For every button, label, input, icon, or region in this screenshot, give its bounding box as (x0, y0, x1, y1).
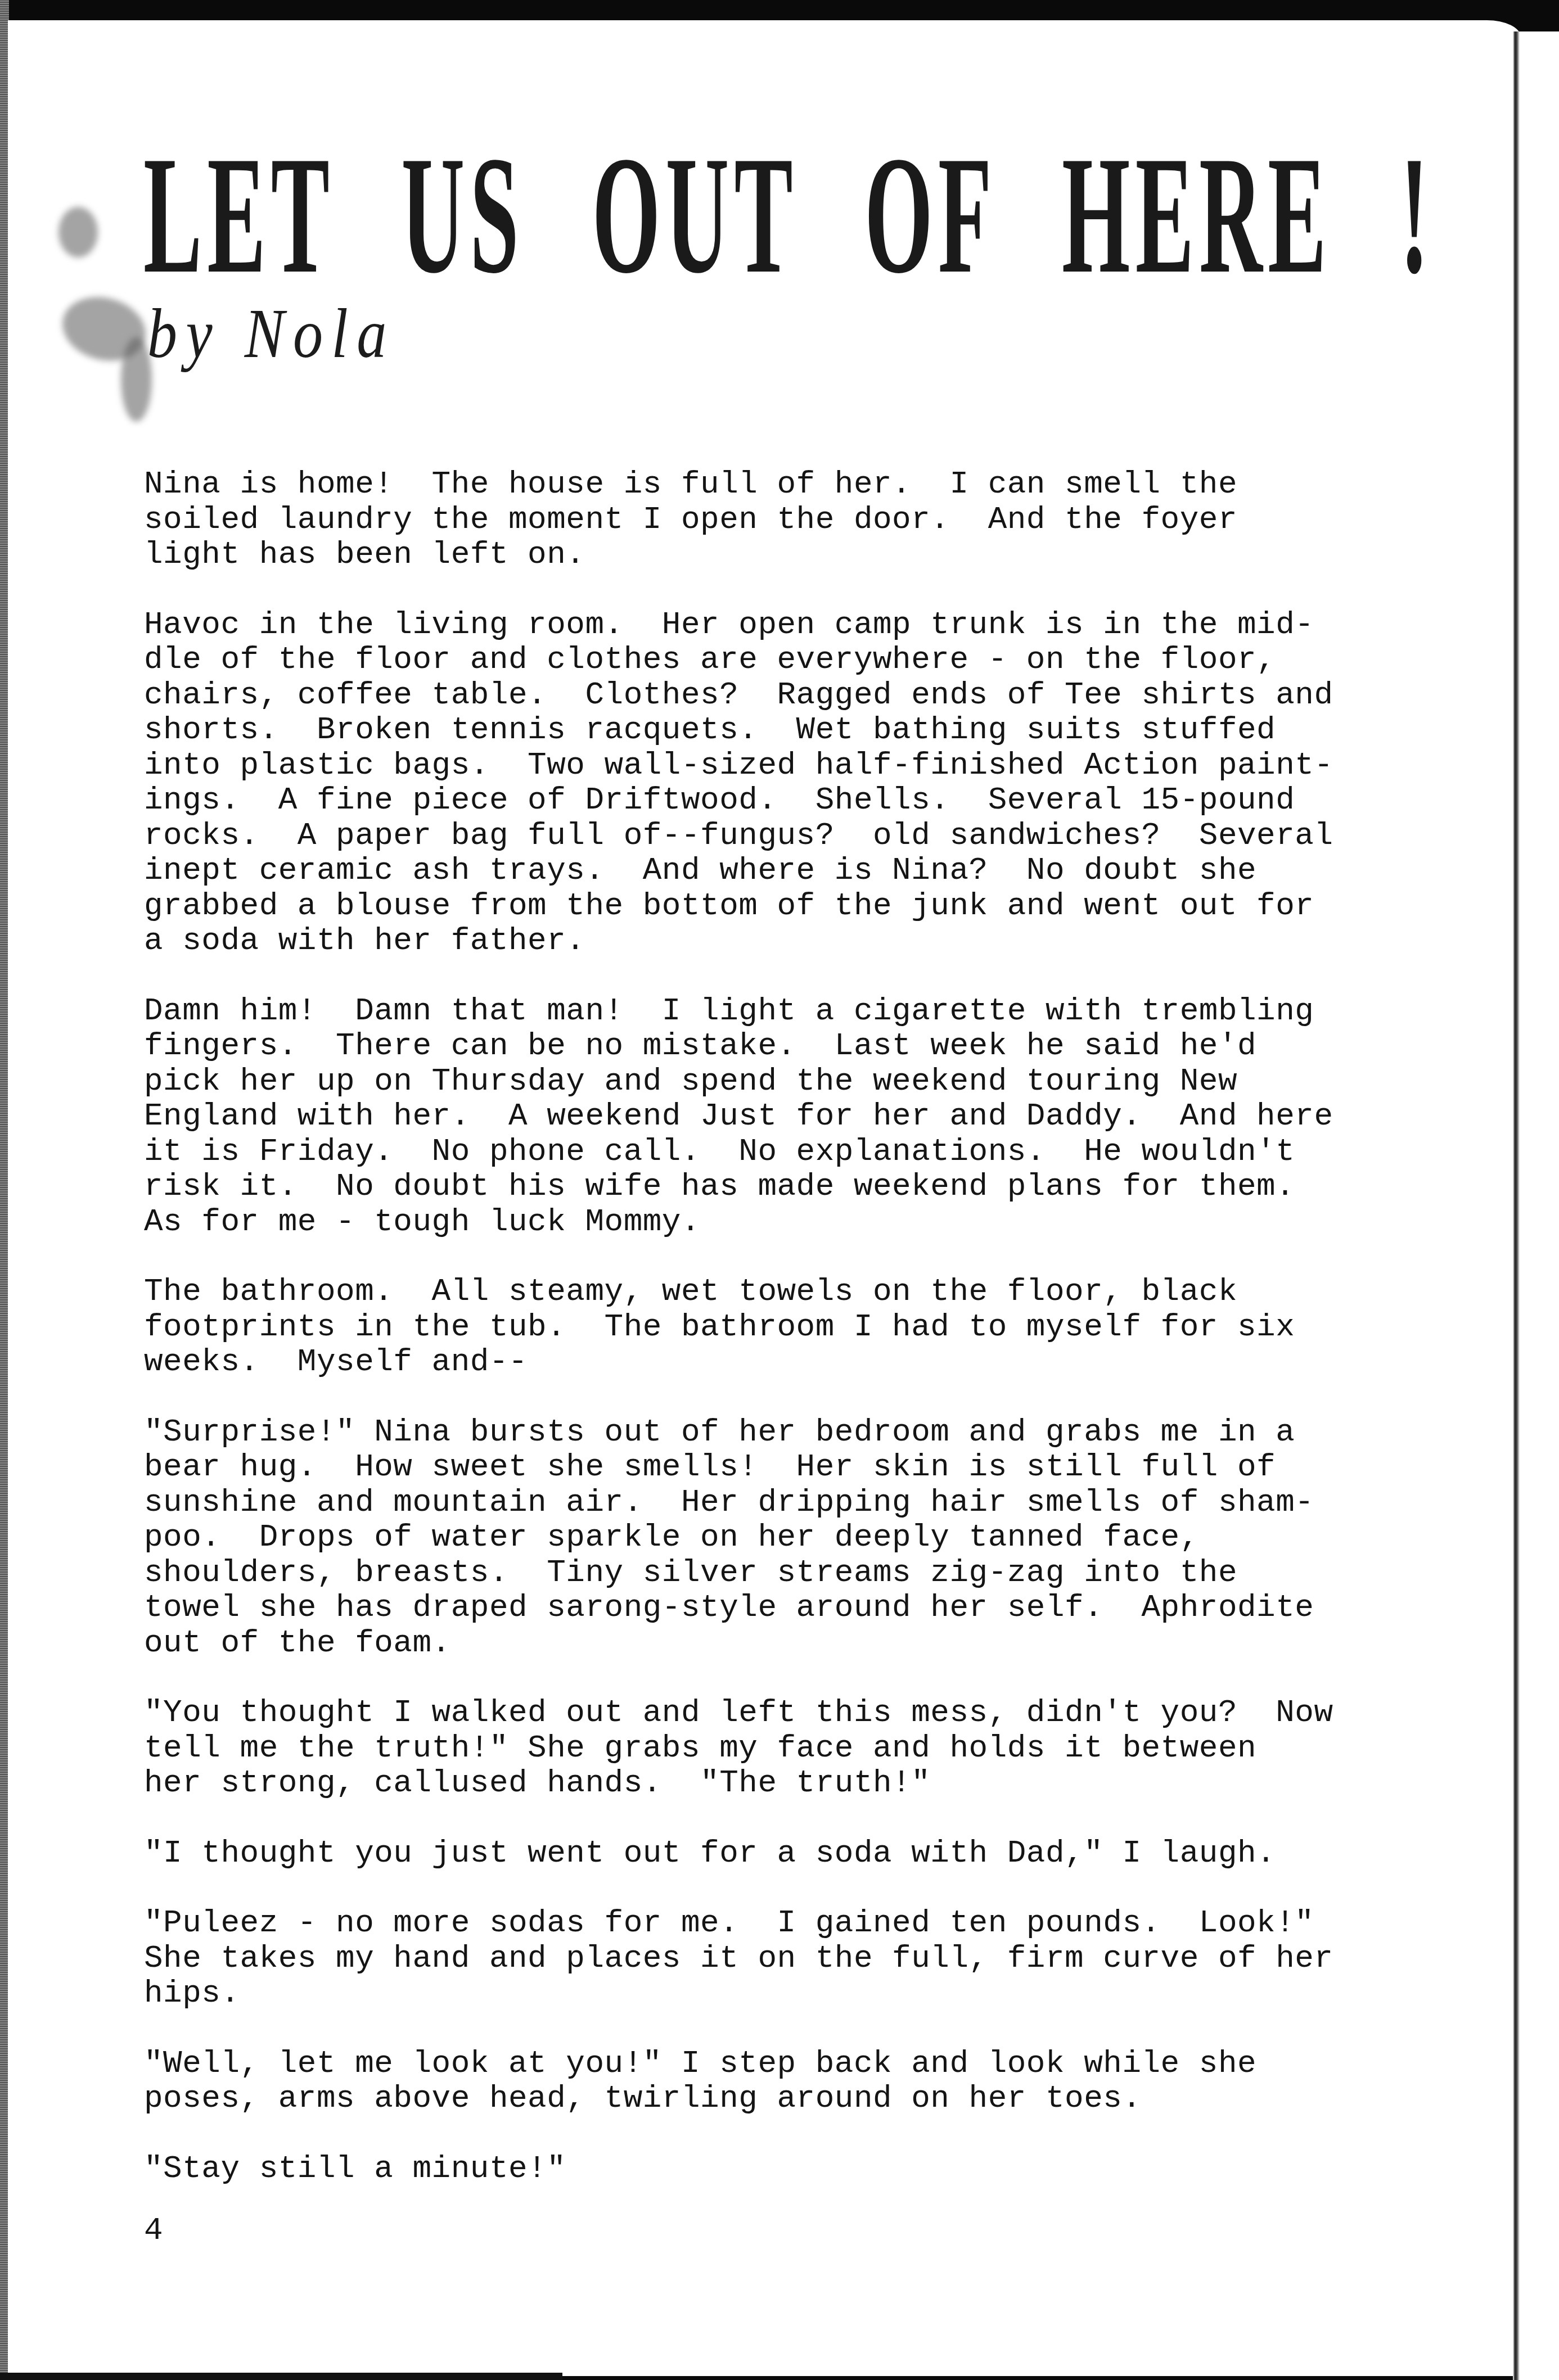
text-line: it is Friday. No phone call. No explanat… (144, 1134, 1438, 1169)
story-paragraph: "Well, let me look at you!" I step back … (144, 2046, 1438, 2116)
story-paragraph: "Surprise!" Nina bursts out of her bedro… (144, 1415, 1438, 1661)
text-line: tell me the truth!" She grabs my face an… (144, 1731, 1438, 1766)
text-line: out of the foam. (144, 1625, 1438, 1661)
text-line: She takes my hand and places it on the f… (144, 1941, 1438, 1976)
text-line: "I thought you just went out for a soda … (144, 1836, 1438, 1871)
text-line: towel she has draped sarong-style around… (144, 1590, 1438, 1625)
story-paragraph: "Stay still a minute!" (144, 2151, 1438, 2187)
text-line: risk it. No doubt his wife has made week… (144, 1169, 1438, 1204)
text-line: poses, arms above head, twirling around … (144, 2081, 1438, 2116)
text-line: bear hug. How sweet she smells! Her skin… (144, 1449, 1438, 1485)
story-paragraph: "Puleez - no more sodas for me. I gained… (144, 1905, 1438, 2011)
text-line: shorts. Broken tennis racquets. Wet bath… (144, 712, 1438, 748)
text-line: The bathroom. All steamy, wet towels on … (144, 1274, 1438, 1309)
text-line: "Stay still a minute!" (144, 2151, 1438, 2187)
text-line: chairs, coffee table. Clothes? Ragged en… (144, 678, 1438, 713)
text-line: soiled laundry the moment I open the doo… (144, 502, 1438, 538)
text-line: Damn him! Damn that man! I light a cigar… (144, 993, 1438, 1029)
text-line: dle of the floor and clothes are everywh… (144, 642, 1438, 678)
text-line: Nina is home! The house is full of her. … (144, 467, 1438, 502)
text-line: grabbed a blouse from the bottom of the … (144, 888, 1438, 924)
story-paragraph: "I thought you just went out for a soda … (144, 1836, 1438, 1871)
text-line: into plastic bags. Two wall-sized half-f… (144, 748, 1438, 783)
text-line: hips. (144, 1976, 1438, 2011)
text-line: "Well, let me look at you!" I step back … (144, 2046, 1438, 2081)
story-paragraph: "You thought I walked out and left this … (144, 1695, 1438, 1801)
page-number: 4 (144, 2212, 163, 2248)
text-line: poo. Drops of water sparkle on her deepl… (144, 1520, 1438, 1555)
text-line: fingers. There can be no mistake. Last w… (144, 1028, 1438, 1064)
story-paragraph: Nina is home! The house is full of her. … (144, 467, 1438, 572)
text-line: rocks. A paper bag full of--fungus? old … (144, 818, 1438, 853)
text-line: shoulders, breasts. Tiny silver streams … (144, 1555, 1438, 1591)
text-line: "You thought I walked out and left this … (144, 1695, 1438, 1731)
text-line: pick her up on Thursday and spend the we… (144, 1064, 1438, 1099)
adjacent-page-edge (1520, 31, 1559, 2380)
text-line: "Puleez - no more sodas for me. I gained… (144, 1905, 1438, 1941)
text-line: weeks. Myself and-- (144, 1344, 1438, 1380)
text-line: footprints in the tub. The bathroom I ha… (144, 1309, 1438, 1345)
text-line: a soda with her father. (144, 923, 1438, 959)
text-line: her strong, callused hands. "The truth!" (144, 1765, 1438, 1801)
ink-smudge (58, 207, 98, 258)
story-paragraph: Havoc in the living room. Her open camp … (144, 607, 1438, 959)
text-line: Havoc in the living room. Her open camp … (144, 607, 1438, 643)
story-paragraph: The bathroom. All steamy, wet towels on … (144, 1274, 1438, 1380)
text-line: As for me - tough luck Mommy. (144, 1204, 1438, 1240)
story-paragraph: Damn him! Damn that man! I light a cigar… (144, 993, 1438, 1240)
page-fold-line (1513, 31, 1520, 2380)
text-line: England with her. A weekend Just for her… (144, 1099, 1438, 1134)
text-line: ings. A fine piece of Driftwood. Shells.… (144, 783, 1438, 818)
story-body: Nina is home! The house is full of her. … (144, 467, 1438, 2221)
author-byline: by Nola (147, 299, 395, 369)
text-line: light has been left on. (144, 537, 1438, 572)
story-title: LET US OUT OF HERE ! (143, 130, 772, 299)
text-line: "Surprise!" Nina bursts out of her bedro… (144, 1415, 1438, 1450)
text-line: inept ceramic ash trays. And where is Ni… (144, 853, 1438, 888)
text-line: sunshine and mountain air. Her dripping … (144, 1485, 1438, 1520)
scan-bottom-edge (0, 2373, 562, 2380)
